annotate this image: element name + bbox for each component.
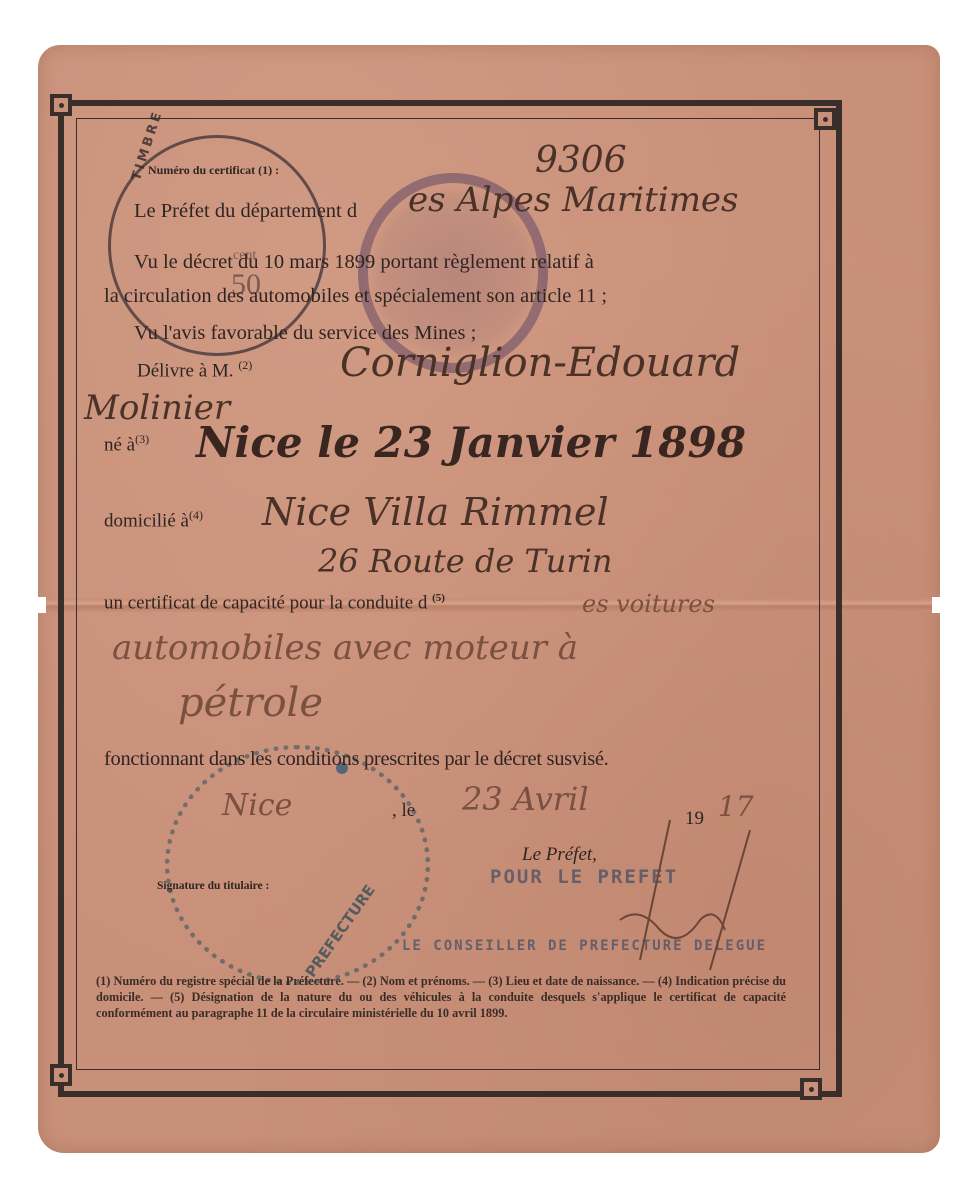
handwritten-vehicle-3: pétrole bbox=[178, 680, 323, 726]
prefecture-seal-stamp: PREFECTURE bbox=[165, 745, 430, 985]
prefect-line: Le Préfet du département d bbox=[134, 200, 357, 223]
born-text: né à bbox=[104, 434, 135, 455]
frame-corner-ornament bbox=[814, 108, 836, 130]
footnote-ref: (4) bbox=[189, 508, 203, 522]
handwritten-certificate-number: 9306 bbox=[535, 140, 627, 181]
frame-corner-ornament bbox=[50, 1064, 72, 1086]
footnote-ref: (2) bbox=[238, 358, 252, 372]
handwritten-vehicle-1: es voitures bbox=[582, 590, 715, 618]
handwritten-date: 23 Avril bbox=[462, 780, 589, 818]
frame-corner-ornament bbox=[50, 94, 72, 116]
born-label: né à(3) bbox=[104, 432, 149, 456]
certificate-line-text: un certificat de capacité pour la condui… bbox=[104, 592, 427, 613]
certificate-line: un certificat de capacité pour la condui… bbox=[104, 592, 445, 614]
footnote-ref: (3) bbox=[135, 432, 149, 446]
handwritten-department: es Alpes Maritimes bbox=[408, 180, 739, 220]
frame-corner-ornament bbox=[800, 1078, 822, 1100]
footnote-ref: (5) bbox=[432, 592, 445, 604]
handwritten-name: Corniglion-Edouard bbox=[340, 340, 740, 386]
footnote-text: (1) Numéro du registre spécial de la Pré… bbox=[96, 973, 786, 1021]
domicile-label: domicilié à(4) bbox=[104, 508, 203, 532]
delivered-to-text: Délivre à M. bbox=[137, 360, 234, 381]
prefecture-seal-text: PREFECTURE bbox=[302, 881, 379, 980]
domicile-text: domicilié à bbox=[104, 510, 189, 531]
date-separator: , le bbox=[392, 800, 415, 822]
holder-signature-label: Signature du titulaire : bbox=[157, 880, 269, 892]
certificate-number-label: Numéro du certificat (1) : bbox=[148, 163, 279, 178]
handwritten-vehicle-2: automobiles avec moteur à bbox=[112, 628, 578, 668]
handwritten-birth: Nice le 23 Janvier 1898 bbox=[196, 418, 746, 467]
decree-line-1: Vu le décret du 10 mars 1899 portant règ… bbox=[134, 251, 594, 274]
fold-notch-right bbox=[932, 597, 942, 613]
handwritten-domicile-2: 26 Route de Turin bbox=[318, 542, 613, 580]
prefect-title: Le Préfet, bbox=[522, 844, 597, 866]
fold-notch-left bbox=[36, 597, 46, 613]
handwritten-place: Nice bbox=[222, 788, 292, 823]
handwritten-domicile-1: Nice Villa Rimmel bbox=[262, 490, 609, 534]
decree-line-2: la circulation des automobiles et spécia… bbox=[104, 285, 607, 308]
delivered-to-label: Délivre à M. (2) bbox=[137, 358, 252, 382]
conditions-line: fonctionnant dans les conditions prescri… bbox=[104, 748, 609, 771]
prefect-signature bbox=[600, 810, 780, 980]
